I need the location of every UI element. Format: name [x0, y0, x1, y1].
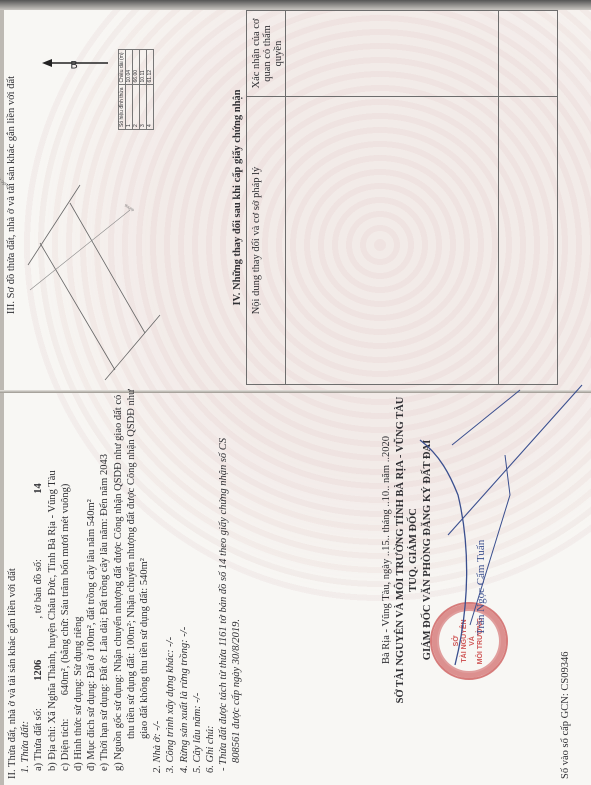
changes-col-confirmation: Xác nhận của cơ quan có thẩm quyền: [247, 11, 286, 97]
table-row: 461.12: [147, 50, 154, 130]
vertex-length-table: Số hiệu đỉnh thửa Chiều dài (m) 110.04 2…: [118, 49, 154, 130]
section-4-title: IV. Những thay đổi sau khi cấp giấy chứn…: [232, 10, 243, 385]
registry-number: Số vào sổ cấp GCN: CS09346: [560, 652, 571, 779]
col-length: Chiều dài (m): [119, 50, 126, 85]
signer-name: Trần Ngọc Cẩm Tuấn: [475, 540, 487, 635]
table-row: 266.00: [133, 50, 140, 130]
svg-text:đường: đường: [123, 203, 134, 212]
table-row: 110.04: [126, 50, 133, 130]
section-changes: IV. Những thay đổi sau khi cấp giấy chứn…: [232, 10, 558, 385]
changes-col-content: Nội dung thay đổi và cơ sở pháp lý: [247, 97, 286, 385]
changes-cell: [286, 97, 499, 385]
confirmation-cell: [499, 11, 558, 97]
confirmation-cell: [286, 11, 499, 97]
table-row: 310.11: [140, 50, 147, 130]
north-label: B: [70, 59, 77, 71]
col-vertex: Số hiệu đỉnh thửa: [119, 85, 126, 130]
handwritten-signature: [0, 365, 591, 785]
north-arrow: B: [40, 43, 115, 73]
changes-table: Nội dung thay đổi và cơ sở pháp lý Xác n…: [246, 10, 558, 385]
scan-edge-shadow: [0, 0, 591, 10]
changes-cell: [499, 97, 558, 385]
section-3-title: III. Sơ đồ thửa đất, nhà ở và tài sản kh…: [6, 5, 17, 385]
certificate-page: II. Thửa đất, nhà ở và tài sản khác gắn …: [0, 0, 591, 785]
